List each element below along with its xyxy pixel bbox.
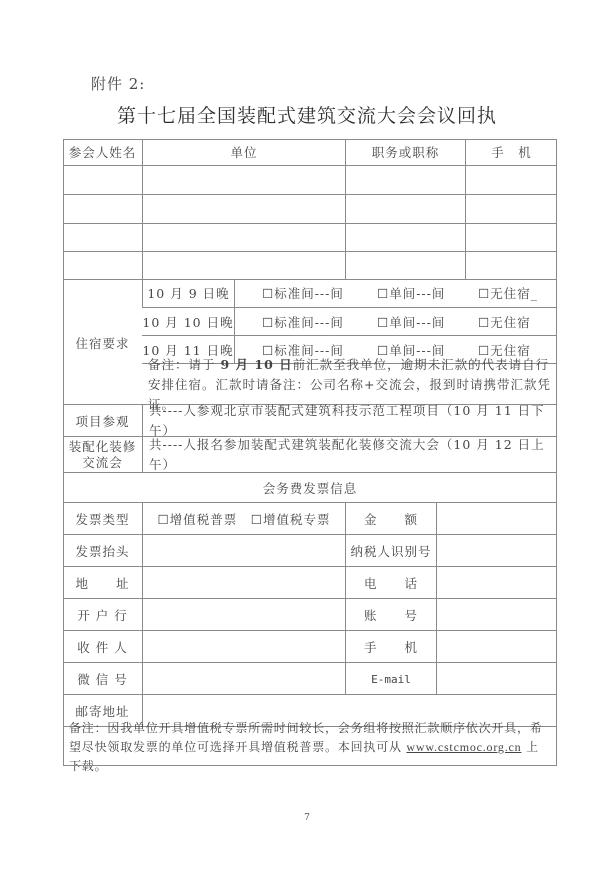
decoration-forum-label: 装配化装修交流会 — [63, 437, 142, 473]
invoice-header-label: 发票抬头 — [63, 535, 142, 567]
accommodation-note-row: 备注：请于 9 月 10 日前汇款至我单位，逾期未汇款的代表请自行安排住宿。汇款… — [142, 363, 557, 405]
decoration-forum-row: 装配化装修交流会 共----人报名参加装配式建筑装配化装修交流大会（10 月 1… — [63, 436, 557, 473]
mobile-label: 手 机 — [345, 631, 436, 663]
invoice-row: 发票抬头 纳税人识别号 — [63, 534, 557, 567]
page-title: 第十七届全国装配式建筑交流大会会议回执 — [0, 101, 614, 128]
night-date: 10 月 9 日晚 — [142, 279, 234, 307]
footer-note-row: 备注：因我单位开具增值税专票所需时间较长，会务组将按照汇款顺序依次开具，希望尽快… — [63, 726, 557, 767]
invoice-row: 发票类型 ☐增值税普票 ☐增值税专票 金 额 — [63, 502, 557, 535]
accommodation-label: 住宿要求 — [63, 280, 142, 405]
attendee-unit-field[interactable] — [142, 166, 345, 195]
taxpayer-id-label: 纳税人识别号 — [345, 535, 436, 567]
wechat-label: 微 信 号 — [63, 663, 142, 695]
email-label: E-mail — [345, 663, 436, 695]
single-room-checkbox[interactable]: ☐单间---间 — [377, 284, 445, 302]
accommodation-night-row: 10 月 9 日晚 ☐标准间---间 ☐单间---间 ☐无住宿_ — [142, 279, 557, 307]
night-date: 10 月 10 日晚 — [142, 308, 234, 336]
bank-field[interactable] — [142, 599, 345, 631]
single-room-checkbox[interactable]: ☐单间---间 — [377, 313, 445, 331]
invoice-row: 收 件 人 手 机 — [63, 630, 557, 663]
mobile-field[interactable] — [436, 631, 557, 663]
attendee-name-field[interactable] — [63, 195, 142, 224]
attendee-row — [63, 223, 557, 252]
accommodation-night-row: 10 月 10 日晚 ☐标准间---间 ☐单间---间 ☐无住宿 — [142, 307, 557, 336]
attendee-name-field[interactable] — [63, 166, 142, 195]
column-header-unit: 单位 — [142, 139, 345, 165]
project-visit-text[interactable]: 共----人参观北京市装配式建筑科技示范工程项目（10 月 11 日下午） — [142, 405, 557, 437]
attendee-row — [63, 165, 557, 195]
attendee-unit-field[interactable] — [142, 224, 345, 252]
project-visit-label: 项目参观 — [63, 405, 142, 437]
account-field[interactable] — [436, 599, 557, 631]
attendee-title-field[interactable] — [345, 224, 465, 252]
invoice-section-title: 会务费发票信息 — [63, 473, 557, 503]
amount-label: 金 额 — [345, 503, 436, 535]
project-visit-row: 项目参观 共----人参观北京市装配式建筑科技示范工程项目（10 月 11 日下… — [63, 404, 557, 437]
column-header-name: 参会人姓名 — [63, 139, 142, 165]
download-link[interactable]: www.cstcmoc.org.cn — [406, 740, 521, 754]
attendee-title-field[interactable] — [345, 195, 465, 224]
invoice-row: 地 址 电 话 — [63, 566, 557, 599]
standard-room-checkbox[interactable]: ☐标准间---间 — [262, 313, 344, 331]
wechat-field[interactable] — [142, 663, 345, 695]
attendee-title-field[interactable] — [345, 252, 465, 280]
attendee-phone-field[interactable] — [465, 224, 557, 252]
bank-label: 开 户 行 — [63, 599, 142, 631]
attendee-unit-field[interactable] — [142, 195, 345, 224]
decoration-forum-text[interactable]: 共----人报名参加装配式建筑装配化装修交流大会（10 月 12 日上午） — [142, 437, 557, 473]
invoice-row: 开 户 行 账 号 — [63, 598, 557, 631]
invoice-type-checkboxes[interactable]: ☐增值税普票 ☐增值税专票 — [142, 503, 345, 535]
attendee-name-field[interactable] — [63, 252, 142, 280]
column-header-title: 职务或职称 — [345, 139, 465, 165]
attendee-phone-field[interactable] — [465, 195, 557, 224]
address-label: 地 址 — [63, 567, 142, 599]
attachment-label: 附件 2: — [91, 73, 145, 94]
attendee-header-row: 参会人姓名 单位 职务或职称 手 机 — [63, 139, 557, 165]
account-label: 账 号 — [345, 599, 436, 631]
deadline-date: 9 月 10 日 — [220, 357, 292, 372]
recipient-label: 收 件 人 — [63, 631, 142, 663]
amount-field[interactable] — [436, 503, 557, 535]
email-field[interactable] — [436, 663, 557, 695]
accommodation-note: 备注：请于 9 月 10 日前汇款至我单位，逾期未汇款的代表请自行安排住宿。汇款… — [142, 364, 557, 405]
attendee-title-field[interactable] — [345, 166, 465, 195]
phone-label: 电 话 — [345, 567, 436, 599]
no-accommodation-checkbox[interactable]: ☐无住宿 — [478, 313, 531, 331]
night-options: ☐标准间---间 ☐单间---间 ☐无住宿 — [234, 308, 557, 336]
footer-note: 备注：因我单位开具增值税专票所需时间较长，会务组将按照汇款顺序依次开具，希望尽快… — [63, 727, 557, 767]
standard-room-checkbox[interactable]: ☐标准间---间 — [262, 284, 344, 302]
attendee-row — [63, 251, 557, 280]
taxpayer-id-field[interactable] — [436, 535, 557, 567]
attendee-row — [63, 194, 557, 224]
invoice-type-label: 发票类型 — [63, 503, 142, 535]
attendee-name-field[interactable] — [63, 224, 142, 252]
invoice-row: 微 信 号 E-mail — [63, 662, 557, 695]
column-header-phone: 手 机 — [465, 139, 557, 165]
recipient-field[interactable] — [142, 631, 345, 663]
invoice-header-field[interactable] — [142, 535, 345, 567]
invoice-section-title-row: 会务费发票信息 — [63, 472, 557, 503]
address-field[interactable] — [142, 567, 345, 599]
page-number: 7 — [0, 813, 614, 823]
no-accommodation-checkbox[interactable]: ☐无住宿_ — [478, 284, 538, 302]
attendee-phone-field[interactable] — [465, 166, 557, 195]
attendee-unit-field[interactable] — [142, 252, 345, 280]
attendee-phone-field[interactable] — [465, 252, 557, 280]
night-options: ☐标准间---间 ☐单间---间 ☐无住宿_ — [234, 279, 557, 307]
phone-field[interactable] — [436, 567, 557, 599]
